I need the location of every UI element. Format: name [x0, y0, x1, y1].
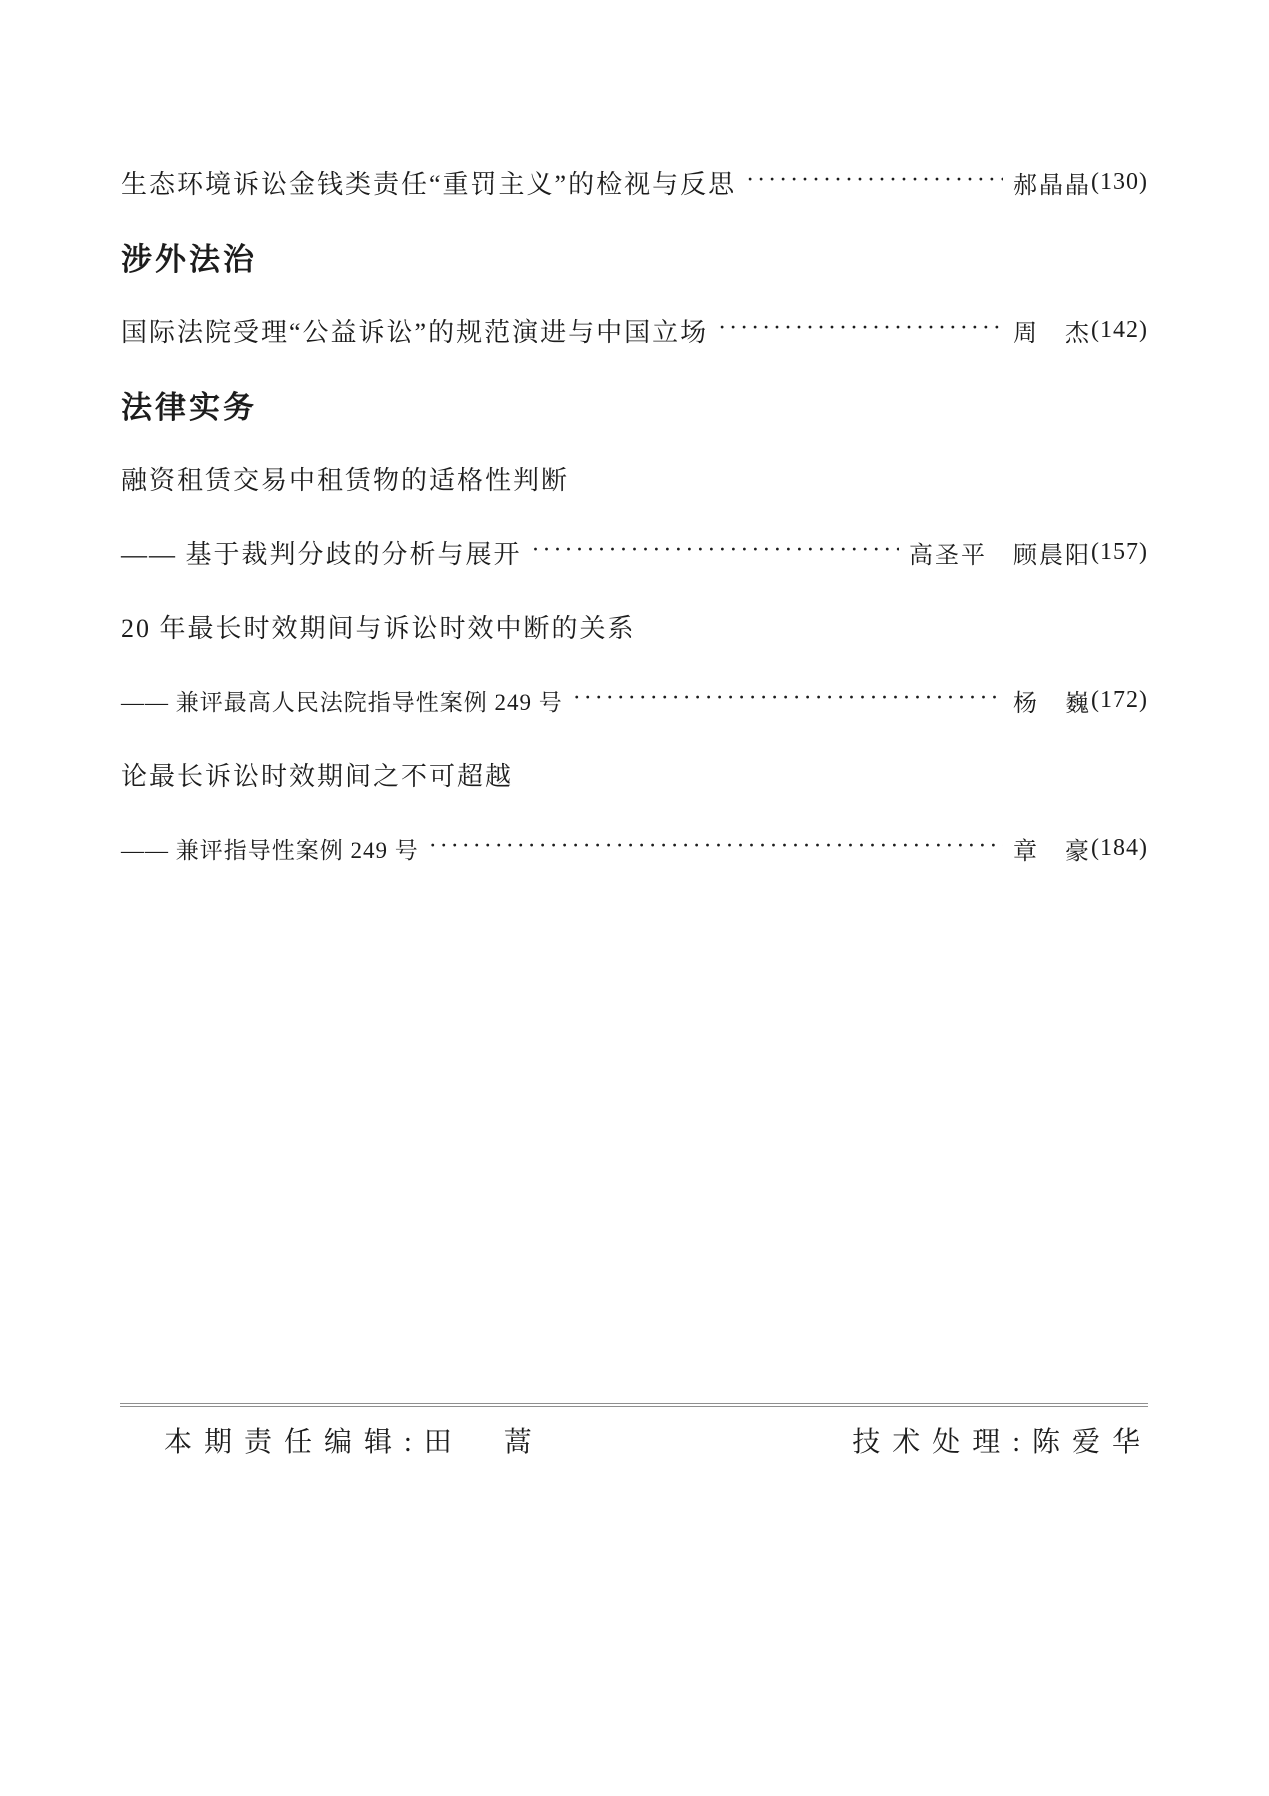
entry-page-number: (142) [1091, 317, 1148, 344]
journal-toc-page: 生态环境诉讼金钱类责任“重罚主义”的检视与反思 ················… [0, 0, 1269, 1796]
entry-authors: 高圣平 顾晨阳 [905, 535, 1091, 570]
toc-entry-title-line: 20 年最长时效期间与诉讼时效中断的关系 [121, 589, 1148, 663]
entry-page-number: (157) [1091, 539, 1148, 566]
dot-leader: ········································… [718, 315, 1003, 342]
entry-authors: 章 豪 [1009, 831, 1091, 866]
entry-page-number: (172) [1091, 687, 1148, 714]
entry-title: 论最长诉讼时效期间之不可超越 [121, 756, 513, 793]
entry-authors: 杨 巍 [1009, 683, 1091, 718]
dot-leader: ········································… [429, 833, 1003, 860]
entry-authors: 周 杰 [1009, 313, 1091, 348]
entry-subtitle: —— 兼评指导性案例 249 号 [121, 832, 419, 865]
section-heading: 法律实务 [121, 382, 257, 427]
entry-title: 国际法院受理“公益诉讼”的规范演进与中国立场 [121, 312, 708, 349]
footer-divider [120, 1403, 1148, 1407]
toc-entry-title-line: 论最长诉讼时效期间之不可超越 [121, 737, 1148, 811]
entry-page-number: (130) [1091, 169, 1148, 196]
entry-page-number: (184) [1091, 835, 1148, 862]
dot-leader: ········································… [573, 685, 1003, 712]
toc-entry: 国际法院受理“公益诉讼”的规范演进与中国立场 ·················… [121, 293, 1148, 367]
dot-leader: ········································… [746, 167, 1003, 194]
entry-title: 融资租赁交易中租赁物的适格性判断 [121, 460, 569, 497]
table-of-contents: 生态环境诉讼金钱类责任“重罚主义”的检视与反思 ················… [121, 145, 1148, 885]
toc-entry-subtitle-line: —— 兼评最高人民法院指导性案例 249 号 ·················… [121, 663, 1148, 737]
footer-tech-label: 技术处理:陈爱华 [852, 1420, 1152, 1460]
footer-editor-label: 本期责任编辑:田 蒿 [164, 1420, 544, 1460]
toc-entry: 生态环境诉讼金钱类责任“重罚主义”的检视与反思 ················… [121, 145, 1148, 219]
toc-entry-subtitle-line: —— 兼评指导性案例 249 号 ·······················… [121, 811, 1148, 885]
entry-authors: 郝晶晶 [1009, 165, 1091, 200]
toc-entry-title-line: 融资租赁交易中租赁物的适格性判断 [121, 441, 1148, 515]
dot-leader: ········································… [532, 537, 900, 564]
entry-title: 生态环境诉讼金钱类责任“重罚主义”的检视与反思 [121, 164, 736, 201]
entry-subtitle: —— 兼评最高人民法院指导性案例 249 号 [121, 684, 563, 717]
entry-title: 20 年最长时效期间与诉讼时效中断的关系 [121, 608, 636, 645]
footer: 本期责任编辑:田 蒿 技术处理:陈爱华 [120, 1424, 1148, 1456]
section-heading: 涉外法治 [121, 234, 257, 279]
section-heading-row: 法律实务 [121, 367, 1148, 441]
toc-entry-subtitle-line: —— 基于裁判分歧的分析与展开 ························… [121, 515, 1148, 589]
entry-subtitle: —— 基于裁判分歧的分析与展开 [121, 534, 522, 571]
section-heading-row: 涉外法治 [121, 219, 1148, 293]
